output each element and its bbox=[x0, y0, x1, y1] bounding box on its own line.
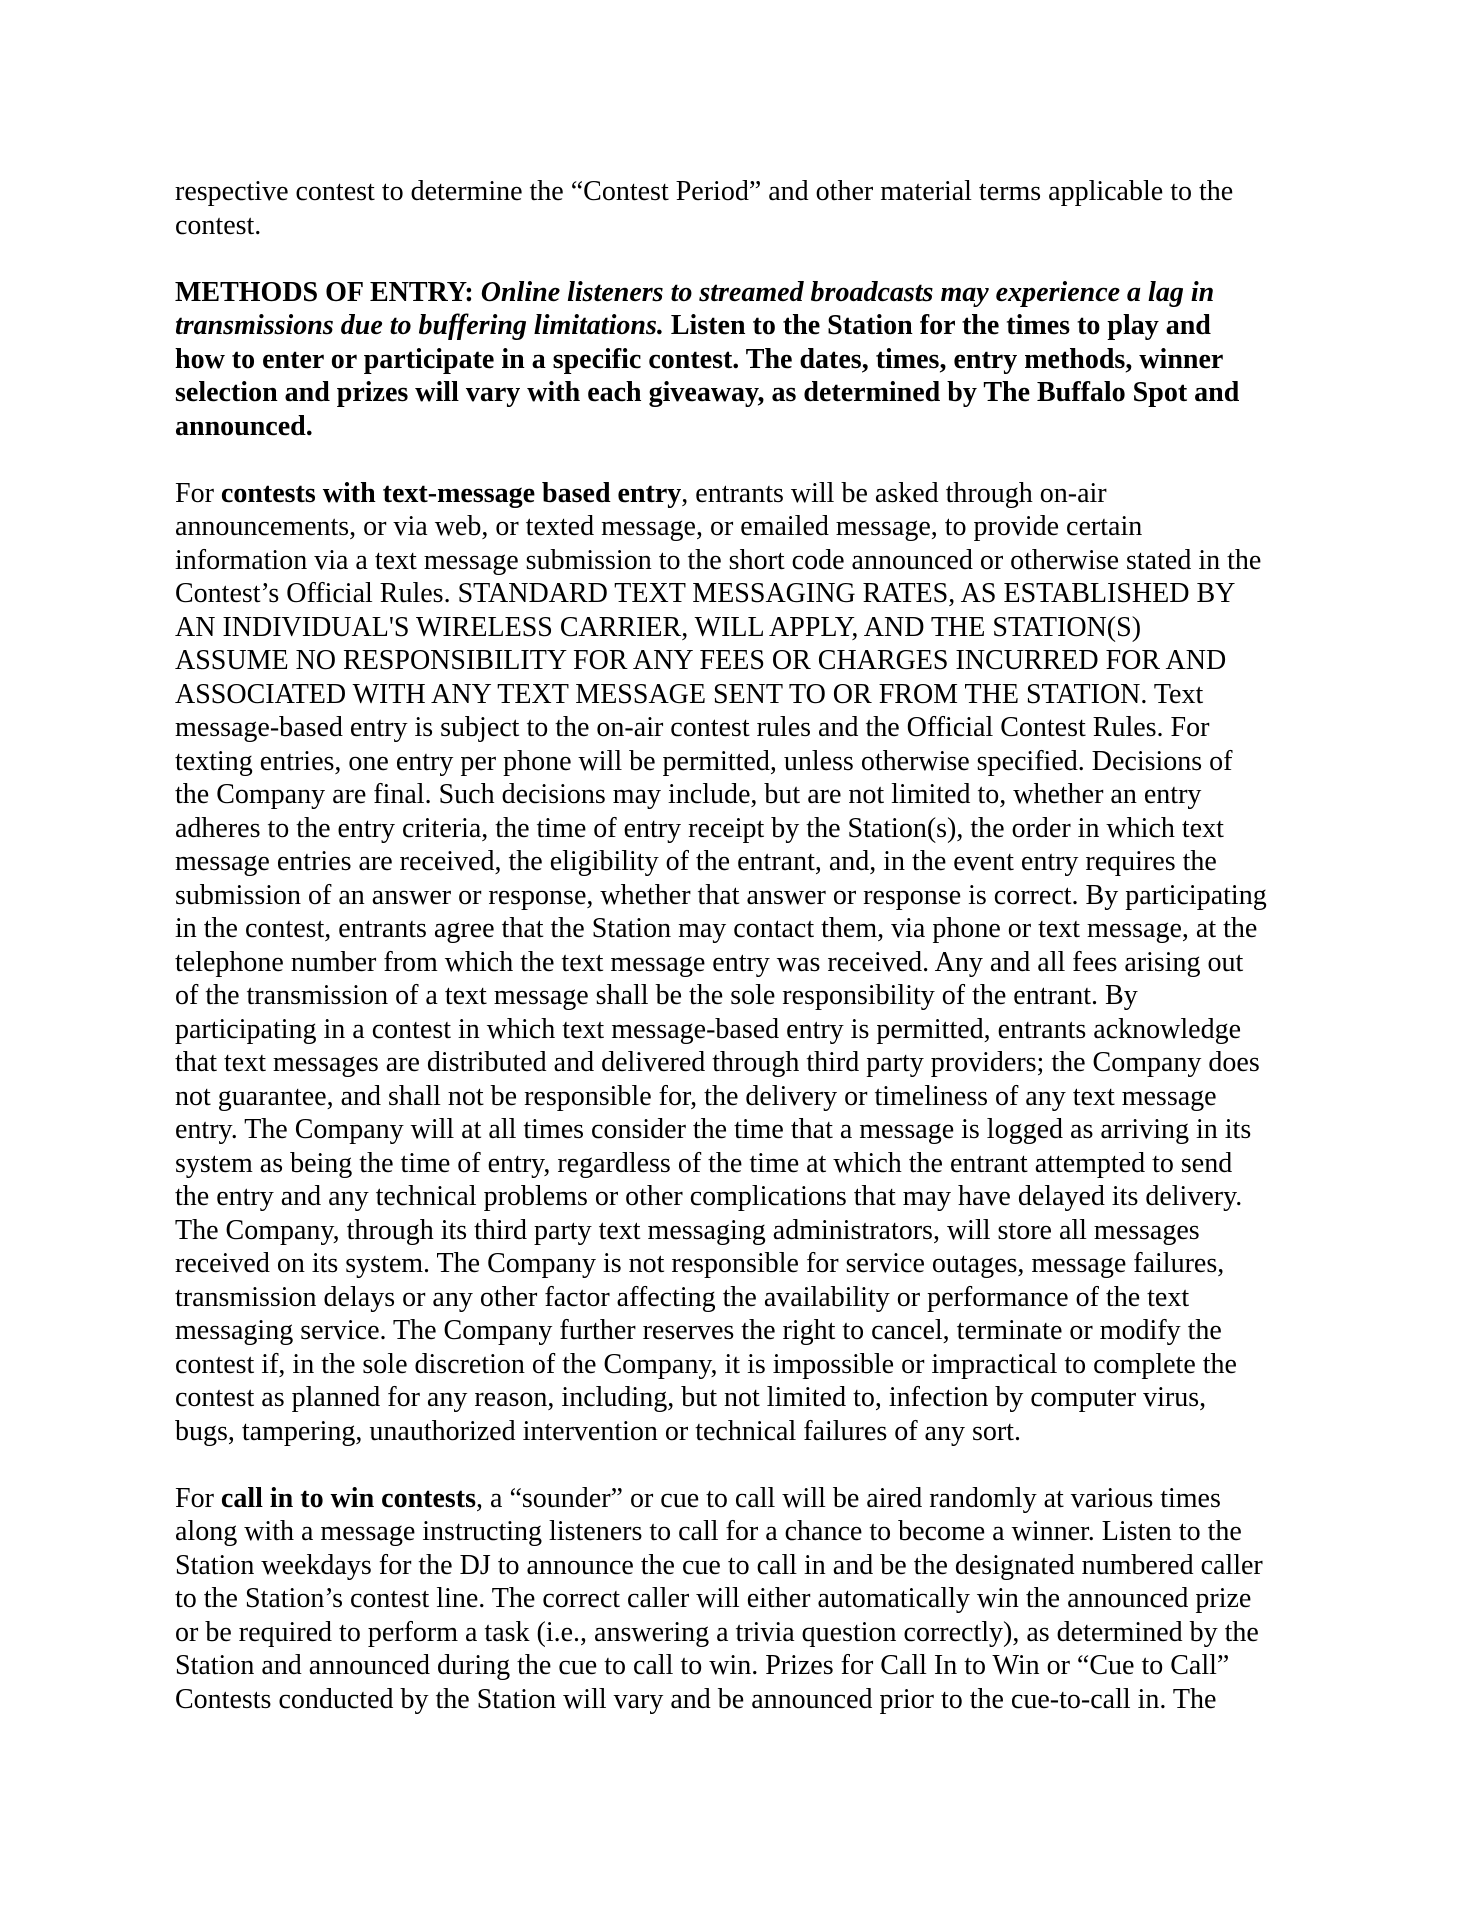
text-line: adheres to the entry criteria, the time … bbox=[175, 812, 1335, 846]
text-line: Station and announced during the cue to … bbox=[175, 1649, 1335, 1683]
text-line: entry. The Company will at all times con… bbox=[175, 1113, 1335, 1147]
text-line: contest as planned for any reason, inclu… bbox=[175, 1381, 1335, 1415]
text-run: contest if, in the sole discretion of th… bbox=[175, 1349, 1237, 1380]
text-run: along with a message instructing listene… bbox=[175, 1516, 1242, 1547]
text-run: or be required to perform a task (i.e., … bbox=[175, 1617, 1259, 1648]
text-run: bugs, tampering, unauthorized interventi… bbox=[175, 1416, 1021, 1447]
bold-text-run: call in to win contests bbox=[221, 1483, 476, 1514]
text-line: or be required to perform a task (i.e., … bbox=[175, 1616, 1335, 1650]
text-line: how to enter or participate in a specifi… bbox=[175, 343, 1335, 377]
text-line: to the Station’s contest line. The corre… bbox=[175, 1582, 1335, 1616]
paragraph-text-message-contests: For contests with text-message based ent… bbox=[175, 477, 1335, 1449]
text-line: not guarantee, and shall not be responsi… bbox=[175, 1080, 1335, 1114]
text-line: in the contest, entrants agree that the … bbox=[175, 912, 1335, 946]
text-line: Station weekdays for the DJ to announce … bbox=[175, 1549, 1335, 1583]
text-line: the Company are final. Such decisions ma… bbox=[175, 778, 1335, 812]
text-run: the entry and any technical problems or … bbox=[175, 1181, 1242, 1212]
text-run: message entries are received, the eligib… bbox=[175, 846, 1217, 877]
text-run: contest as planned for any reason, inclu… bbox=[175, 1382, 1206, 1413]
text-line: received on its system. The Company is n… bbox=[175, 1247, 1335, 1281]
text-run: system as being the time of entry, regar… bbox=[175, 1148, 1232, 1179]
text-line: messaging service. The Company further r… bbox=[175, 1314, 1335, 1348]
text-line: transmissions due to buffering limitatio… bbox=[175, 309, 1335, 343]
text-line: contest if, in the sole discretion of th… bbox=[175, 1348, 1335, 1382]
text-run: For bbox=[175, 1483, 221, 1514]
text-line: along with a message instructing listene… bbox=[175, 1515, 1335, 1549]
text-run: ASSUME NO RESPONSIBILITY FOR ANY FEES OR… bbox=[175, 645, 1226, 676]
text-line: texting entries, one entry per phone wil… bbox=[175, 745, 1335, 779]
text-run: in the contest, entrants agree that the … bbox=[175, 913, 1257, 944]
text-line: of the transmission of a text message sh… bbox=[175, 979, 1335, 1013]
text-line: contest. bbox=[175, 209, 1335, 243]
text-line: Contests conducted by the Station will v… bbox=[175, 1683, 1335, 1717]
text-run: respective contest to determine the “Con… bbox=[175, 176, 1233, 207]
text-line: system as being the time of entry, regar… bbox=[175, 1147, 1335, 1181]
text-line: that text messages are distributed and d… bbox=[175, 1046, 1335, 1080]
text-run: participating in a contest in which text… bbox=[175, 1014, 1241, 1045]
text-run: Contest’s Official Rules. STANDARD TEXT … bbox=[175, 578, 1235, 609]
text-line: message-based entry is subject to the on… bbox=[175, 711, 1335, 745]
text-run: to the Station’s contest line. The corre… bbox=[175, 1583, 1251, 1614]
text-line: For contests with text-message based ent… bbox=[175, 477, 1335, 511]
text-run: Station weekdays for the DJ to announce … bbox=[175, 1550, 1263, 1581]
bold-text-run: METHODS OF ENTRY: bbox=[175, 277, 481, 308]
text-line: bugs, tampering, unauthorized interventi… bbox=[175, 1415, 1335, 1449]
text-line: announced. bbox=[175, 410, 1335, 444]
text-run: , entrants will be asked through on-air bbox=[681, 478, 1106, 509]
text-line: METHODS OF ENTRY: Online listeners to st… bbox=[175, 276, 1335, 310]
text-run: Station and announced during the cue to … bbox=[175, 1650, 1229, 1681]
text-line: the entry and any technical problems or … bbox=[175, 1180, 1335, 1214]
text-line: submission of an answer or response, whe… bbox=[175, 879, 1335, 913]
text-run: For bbox=[175, 478, 221, 509]
text-line: transmission delays or any other factor … bbox=[175, 1281, 1335, 1315]
text-line: selection and prizes will vary with each… bbox=[175, 376, 1335, 410]
text-run: The Company, through its third party tex… bbox=[175, 1215, 1200, 1246]
text-line: AN INDIVIDUAL'S WIRELESS CARRIER, WILL A… bbox=[175, 611, 1335, 645]
text-run: that text messages are distributed and d… bbox=[175, 1047, 1260, 1078]
text-run: contest. bbox=[175, 210, 261, 241]
text-run: texting entries, one entry per phone wil… bbox=[175, 746, 1233, 777]
text-run: message-based entry is subject to the on… bbox=[175, 712, 1209, 743]
text-run: transmission delays or any other factor … bbox=[175, 1282, 1189, 1313]
text-line: announcements, or via web, or texted mes… bbox=[175, 510, 1335, 544]
document-page: respective contest to determine the “Con… bbox=[175, 175, 1335, 1750]
text-run: AN INDIVIDUAL'S WIRELESS CARRIER, WILL A… bbox=[175, 612, 1141, 643]
text-run: Contests conducted by the Station will v… bbox=[175, 1684, 1216, 1715]
text-line: information via a text message submissio… bbox=[175, 544, 1335, 578]
bold-text-run: selection and prizes will vary with each… bbox=[175, 377, 1239, 408]
text-line: Contest’s Official Rules. STANDARD TEXT … bbox=[175, 577, 1335, 611]
paragraph-intro-continuation: respective contest to determine the “Con… bbox=[175, 175, 1335, 242]
text-run: the Company are final. Such decisions ma… bbox=[175, 779, 1201, 810]
text-line: ASSOCIATED WITH ANY TEXT MESSAGE SENT TO… bbox=[175, 678, 1335, 712]
text-run: , a “sounder” or cue to call will be air… bbox=[476, 1483, 1221, 1514]
text-line: For call in to win contests, a “sounder”… bbox=[175, 1482, 1335, 1516]
text-line: telephone number from which the text mes… bbox=[175, 946, 1335, 980]
text-run: information via a text message submissio… bbox=[175, 545, 1261, 576]
text-line: The Company, through its third party tex… bbox=[175, 1214, 1335, 1248]
text-run: announcements, or via web, or texted mes… bbox=[175, 511, 1142, 542]
text-run: received on its system. The Company is n… bbox=[175, 1248, 1224, 1279]
text-run: entry. The Company will at all times con… bbox=[175, 1114, 1251, 1145]
bold-text-run: contests with text-message based entry bbox=[221, 478, 681, 509]
text-line: participating in a contest in which text… bbox=[175, 1013, 1335, 1047]
text-run: of the transmission of a text message sh… bbox=[175, 980, 1138, 1011]
paragraph-methods-of-entry: METHODS OF ENTRY: Online listeners to st… bbox=[175, 276, 1335, 444]
text-run: messaging service. The Company further r… bbox=[175, 1315, 1222, 1346]
bold-text-run: how to enter or participate in a specifi… bbox=[175, 344, 1223, 375]
bold-italic-text-run: transmissions due to buffering limitatio… bbox=[175, 310, 664, 341]
text-run: telephone number from which the text mes… bbox=[175, 947, 1243, 978]
text-run: submission of an answer or response, whe… bbox=[175, 880, 1267, 911]
text-line: respective contest to determine the “Con… bbox=[175, 175, 1335, 209]
text-run: ASSOCIATED WITH ANY TEXT MESSAGE SENT TO… bbox=[175, 679, 1203, 710]
bold-text-run: Listen to the Station for the times to p… bbox=[664, 310, 1211, 341]
text-line: ASSUME NO RESPONSIBILITY FOR ANY FEES OR… bbox=[175, 644, 1335, 678]
text-line: message entries are received, the eligib… bbox=[175, 845, 1335, 879]
text-run: not guarantee, and shall not be responsi… bbox=[175, 1081, 1217, 1112]
bold-text-run: announced. bbox=[175, 411, 313, 442]
bold-italic-text-run: Online listeners to streamed broadcasts … bbox=[481, 277, 1214, 308]
paragraph-call-in-contests: For call in to win contests, a “sounder”… bbox=[175, 1482, 1335, 1717]
text-run: adheres to the entry criteria, the time … bbox=[175, 813, 1224, 844]
